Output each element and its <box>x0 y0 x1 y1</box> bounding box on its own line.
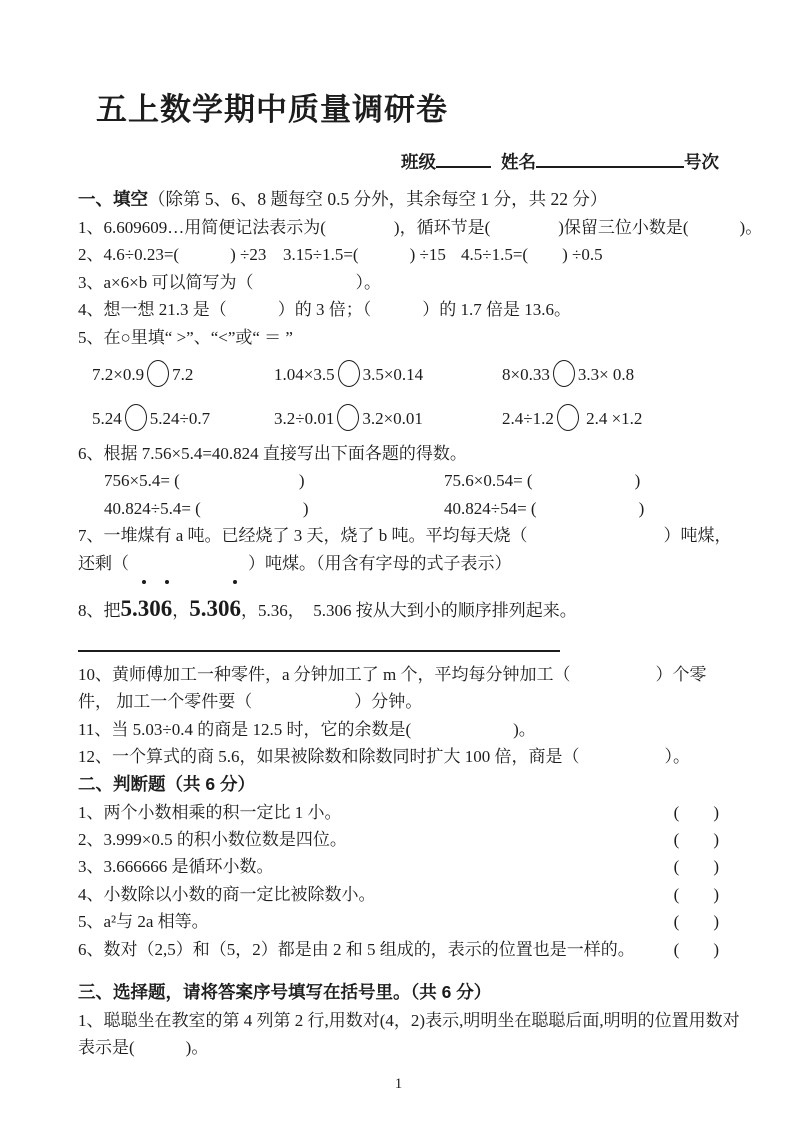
student-info-line: 班级姓名号次 <box>78 149 719 174</box>
question-12: 12、一个算式的商 5.6，如果被除数和除数同时扩大 100 倍，商是（ ）。 <box>78 743 719 771</box>
page-number: 1 <box>78 1076 719 1093</box>
question-8-text: 8、把 <box>78 601 121 620</box>
judgment-text: 2、3.999×0.5 的积小数位数是四位。 <box>78 826 647 853</box>
question-10-line2: 件， 加工一个零件要（ ）分钟。 <box>78 688 719 716</box>
comparison-row: 7.2×0.97.21.04×3.53.5×0.148×0.333.3× 0.8 <box>78 352 719 396</box>
circle-blank <box>337 404 359 431</box>
page-content: 班级姓名号次 一、填空（除第 5、6、8 题每空 0.5 分外，其余每空 1 分… <box>0 149 793 1093</box>
judgment-bracket: ( ) <box>647 881 719 908</box>
question-8-text: 5.306 按从大到小的顺序排列起来。 <box>296 601 577 620</box>
right-expression: 3.2×0.01 <box>362 409 423 428</box>
comparison-cell: 1.04×3.53.5×0.14 <box>274 360 502 387</box>
comparison-cell: 2.4÷1.2 2.4 ×1.2 <box>502 404 719 431</box>
judgment-row: 3、3.666666 是循环小数。( ) <box>78 853 719 880</box>
decimal-char: 3 <box>207 586 219 632</box>
judgment-row: 5、a²与 2a 相等。( ) <box>78 908 719 935</box>
circle-blank <box>557 404 579 431</box>
left-expression: 7.2×0.9 <box>92 365 144 384</box>
left-expression: 3.2÷0.01 <box>274 409 334 428</box>
question-6-item: 756×5.4= ( ) <box>104 467 444 495</box>
circle-blank <box>125 404 147 431</box>
left-expression: 8×0.33 <box>502 365 550 384</box>
right-expression: 7.2 <box>172 365 193 384</box>
question-2-part: 4.5÷1.5=( ) ÷0.5 <box>461 241 719 269</box>
question-6-item: 40.824÷5.4= ( ) <box>104 495 444 523</box>
question-3: 3、a×6×b 可以简写为（ ）。 <box>78 269 719 297</box>
question-8: 8、把5.306，5.306，5.36， 5.306 按从大到小的顺序排列起来。 <box>78 586 719 632</box>
section2-judgment-list: 1、两个小数相乘的积一定比 1 小。( )2、3.999×0.5 的积小数位数是… <box>78 799 719 963</box>
decimal-char-dotted: 6 <box>161 586 173 632</box>
section1-heading-note: （除第 5、6、8 题每空 0.5 分外，其余每空 1 分，共 22 分） <box>148 189 607 209</box>
left-expression: 5.24 <box>92 409 122 428</box>
judgment-row: 1、两个小数相乘的积一定比 1 小。( ) <box>78 799 719 826</box>
question-2: 2、4.6÷0.23=( ) ÷233.15÷1.5=( ) ÷154.5÷1.… <box>78 241 719 269</box>
section3-q1-line1: 1、聪聪坐在教室的第 4 列第 2 行,用数对(4，2)表示,明明坐在聪聪后面,… <box>78 1007 719 1035</box>
judgment-bracket: ( ) <box>647 936 719 963</box>
decimal-char-dotted: 6 <box>230 586 242 632</box>
comparison-row: 5.245.24÷0.73.2÷0.013.2×0.012.4÷1.2 2.4 … <box>78 396 719 440</box>
circle-blank <box>553 360 575 387</box>
question-8-text: ， <box>172 601 189 620</box>
question-7-line2: 还剩（ ）吨煤。（用含有字母的式子表示） <box>78 550 719 578</box>
comparison-cell: 3.2÷0.013.2×0.01 <box>274 404 502 431</box>
judgment-text: 4、小数除以小数的商一定比被除数小。 <box>78 881 647 908</box>
question-6-item: 75.6×0.54= ( ) <box>444 467 719 495</box>
seat-label: 号次 <box>684 152 719 172</box>
question-8-text: 5.36， <box>258 601 296 620</box>
judgment-row: 6、数对（2,5）和（5，2）都是由 2 和 5 组成的，表示的位置也是一样的。… <box>78 936 719 963</box>
exam-paper-page: 五上数学期中质量调研卷 班级姓名号次 一、填空（除第 5、6、8 题每空 0.5… <box>0 0 793 1122</box>
question-11: 11、当 5.03÷0.4 的商是 12.5 时，它的余数是( )。 <box>78 716 719 744</box>
decimal-char: 5 <box>189 586 201 632</box>
judgment-bracket: ( ) <box>647 826 719 853</box>
judgment-row: 4、小数除以小数的商一定比被除数小。( ) <box>78 881 719 908</box>
judgment-text: 6、数对（2,5）和（5，2）都是由 2 和 5 组成的，表示的位置也是一样的。 <box>78 936 647 963</box>
question-1: 1、6.609609…用简便记法表示为( )，循环节是( )保留三位小数是( )… <box>78 214 719 242</box>
question-10-line1: 10、黄师傅加工一种零件，a 分钟加工了 m 个，平均每分钟加工（ ）个零 <box>78 661 719 689</box>
comparison-cell: 7.2×0.97.2 <box>92 360 274 387</box>
comparison-cell: 5.245.24÷0.7 <box>92 404 274 431</box>
judgment-text: 5、a²与 2a 相等。 <box>78 908 647 935</box>
question-6-answers: 756×5.4= ( )75.6×0.54= ( )40.824÷5.4= ( … <box>78 467 719 522</box>
decimal-char: 5 <box>121 586 133 632</box>
question-2-part: 3.15÷1.5=( ) ÷15 <box>283 241 461 269</box>
repeating-decimal: 5.306 <box>189 596 241 621</box>
name-label: 姓名 <box>501 152 536 172</box>
class-blank-underline <box>436 152 491 168</box>
judgment-bracket: ( ) <box>647 799 719 826</box>
repeating-decimal: 5.306 <box>121 596 173 621</box>
circle-blank <box>147 360 169 387</box>
exam-title: 五上数学期中质量调研卷 <box>96 84 793 129</box>
answer-underline <box>78 650 560 652</box>
judgment-bracket: ( ) <box>647 908 719 935</box>
section1-heading-bold: 一、填空 <box>78 189 148 209</box>
question-4: 4、想一想 21.3 是（ ）的 3 倍；（ ）的 1.7 倍是 13.6。 <box>78 296 719 324</box>
left-expression: 1.04×3.5 <box>274 365 335 384</box>
question-8-text: ， <box>241 601 258 620</box>
left-expression: 2.4÷1.2 <box>502 409 554 428</box>
judgment-bracket: ( ) <box>647 853 719 880</box>
judgment-row: 2、3.999×0.5 的积小数位数是四位。( ) <box>78 826 719 853</box>
section1-heading: 一、填空（除第 5、6、8 题每空 0.5 分外，其余每空 1 分，共 22 分… <box>78 186 719 214</box>
decimal-char-dotted: 3 <box>138 586 150 632</box>
right-expression: 3.3× 0.8 <box>578 365 634 384</box>
comparison-cell: 8×0.333.3× 0.8 <box>502 360 719 387</box>
section3-q1-line2: 表示是( )。 <box>78 1034 719 1062</box>
decimal-char: 0 <box>218 586 230 632</box>
circle-blank <box>338 360 360 387</box>
decimal-char: 0 <box>149 586 161 632</box>
question-2-part: 2、4.6÷0.23=( ) ÷23 <box>78 241 283 269</box>
judgment-text: 1、两个小数相乘的积一定比 1 小。 <box>78 799 647 826</box>
section3-heading: 三、选择题，请将答案序号填写在括号里。（共 6 分） <box>78 979 719 1007</box>
right-expression: 2.4 ×1.2 <box>582 409 643 428</box>
question-6-item: 40.824÷54= ( ) <box>444 495 719 523</box>
question-5-heading: 5、在○里填“ >”、“<”或“ ＝ ” <box>78 324 719 352</box>
question-6-heading: 6、根据 7.56×5.4=40.824 直接写出下面各题的得数。 <box>78 440 719 468</box>
name-blank-underline <box>536 152 684 168</box>
question-7-line1: 7、一堆煤有 a 吨。已经烧了 3 天，烧了 b 吨。平均每天烧（ ）吨煤， <box>78 522 719 550</box>
section2-heading: 二、判断题（共 6 分） <box>78 771 719 799</box>
judgment-text: 3、3.666666 是循环小数。 <box>78 853 647 880</box>
right-expression: 5.24÷0.7 <box>150 409 210 428</box>
question-5-comparisons: 7.2×0.97.21.04×3.53.5×0.148×0.333.3× 0.8… <box>78 352 719 440</box>
right-expression: 3.5×0.14 <box>363 365 424 384</box>
class-label: 班级 <box>401 152 436 172</box>
